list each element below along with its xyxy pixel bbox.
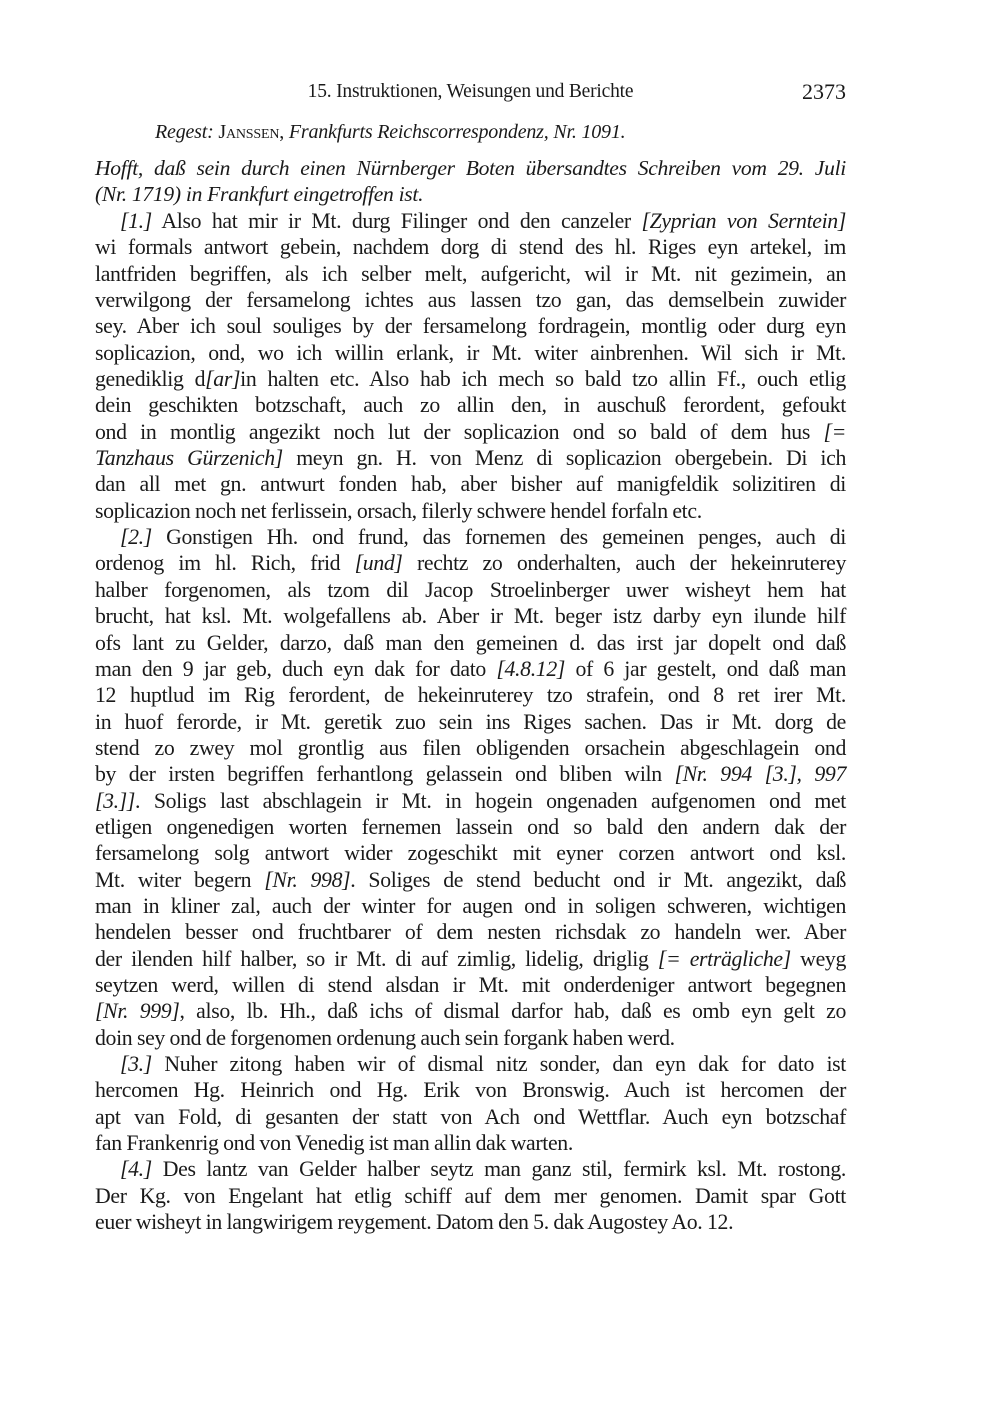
text-run: , also, lb. Hh., daß ichs of dismal darf… xyxy=(180,999,847,1023)
editorial-annotation: [4.] xyxy=(120,1157,152,1181)
editorial-annotation: [und] xyxy=(355,551,403,575)
editorial-annotation: [1.] xyxy=(120,209,152,233)
editorial-annotation: [ar] xyxy=(205,367,240,391)
editorial-annotation: [Nr. 994 [3.], 997 xyxy=(674,762,846,786)
regest-reference: Regest: Janssen, Frankfurts Reichscorres… xyxy=(155,121,625,144)
text-run: etligen ongenedigen worten fernemen lass… xyxy=(95,815,846,839)
text-line: ofs lant zu Gelder, darzo, daß man den g… xyxy=(95,630,846,656)
text-line: stend zo zwey mol grontlig aus filen obl… xyxy=(95,735,846,761)
text-run: dein geschikten botzschaft, auch zo alli… xyxy=(95,393,846,417)
text-line: etligen ongenedigen worten fernemen lass… xyxy=(95,814,846,840)
text-run: hercomen Hg. Heinrich ond Hg. Erik von B… xyxy=(95,1078,846,1102)
text-run: . Soliges de stend beducht ond ir Mt. an… xyxy=(350,868,846,892)
text-line: 12 huptlud im Rig ferordent, de hekeinru… xyxy=(95,682,846,708)
editorial-annotation: [Nr. 998] xyxy=(264,868,350,892)
text-run: fersamelong solg antwort wider zogeschik… xyxy=(95,841,846,865)
text-line: man den 9 jar geb, duch eyn dak for dato… xyxy=(95,656,846,682)
text-run: hendelen besser ond fruchtbarer of dem n… xyxy=(95,920,846,944)
text-line: seytzen werd, willen di stend alsdan ir … xyxy=(95,972,846,998)
text-run: soplicazion, ond, wo ich willin erlank, … xyxy=(95,341,846,365)
text-run: wi formals antwort gebein, nachdem dorg … xyxy=(95,235,846,259)
text-run: sey. Aber ich soul souliges by der fersa… xyxy=(95,314,846,338)
text-line: [3.] Nuher zitong haben wir of dismal ni… xyxy=(95,1051,846,1077)
text-run: Der Kg. von Engelant hat etlig schiff au… xyxy=(95,1184,846,1208)
editorial-annotation: [Nr. 999] xyxy=(95,999,180,1023)
regest-label: Regest: xyxy=(155,121,214,143)
text-run: euer wisheyt in langwirigem reygement. D… xyxy=(95,1210,733,1234)
running-title: 15. Instruktionen, Weisungen und Bericht… xyxy=(95,81,846,103)
editorial-annotation: [3.]] xyxy=(95,789,135,813)
text-line: Der Kg. von Engelant hat etlig schiff au… xyxy=(95,1183,846,1209)
text-run: ordenog im hl. Rich, frid xyxy=(95,551,355,575)
text-run: halber forgenomen, als tzom dil Jacop St… xyxy=(95,578,846,602)
text-run: brucht, hat ksl. Mt. wolgefallens ab. Ab… xyxy=(95,604,846,628)
text-line: Mt. witer begern [Nr. 998]. Soliges de s… xyxy=(95,867,846,893)
text-run: doin sey ond de forgenomen ordenung auch… xyxy=(95,1026,675,1050)
text-line: halber forgenomen, als tzom dil Jacop St… xyxy=(95,577,846,603)
text-run: . Soligs last abschlagein ir Mt. in hoge… xyxy=(135,789,846,813)
text-line: lantfriden begriffen, als ich selber mel… xyxy=(95,261,846,287)
text-line: apt van Fold, di gesanten der statt von … xyxy=(95,1104,846,1130)
text-line: wi formals antwort gebein, nachdem dorg … xyxy=(95,234,846,260)
text-run: genediklig d xyxy=(95,367,205,391)
text-line: [Nr. 999], also, lb. Hh., daß ichs of di… xyxy=(95,998,846,1024)
regest-title: Frankfurts Reichscorrespondenz, Nr. 1091… xyxy=(289,121,626,143)
text-run: meyn gn. H. von Menz di soplicazion ober… xyxy=(283,446,846,470)
text-line: verwilgong der fersamelong ichtes aus la… xyxy=(95,287,846,313)
editorial-annotation: [= erträgliche] xyxy=(658,947,791,971)
text-line: fan Frankenrig ond von Venedig ist man a… xyxy=(95,1130,846,1156)
text-run: Gonstigen Hh. ond frund, das fornemen de… xyxy=(152,525,846,549)
text-line: by der irsten begriffen ferhantlong gela… xyxy=(95,761,846,787)
regest-separator: , xyxy=(279,121,284,143)
text-line: genediklig d[ar]in halten etc. Also hab … xyxy=(95,366,846,392)
text-line: der ilenden hilf halber, so ir Mt. di au… xyxy=(95,946,846,972)
text-run: in halten etc. Also hab ich mech so bald… xyxy=(240,367,846,391)
text-line: dein geschikten botzschaft, auch zo alli… xyxy=(95,392,846,418)
text-line: ordenog im hl. Rich, frid [und] rechtz z… xyxy=(95,550,846,576)
text-run: man in kliner zal, auch der winter for a… xyxy=(95,894,846,918)
text-line: [3.]]. Soligs last abschlagein ir Mt. in… xyxy=(95,788,846,814)
regest-author: Janssen xyxy=(218,121,279,143)
text-run: Nuher zitong haben wir of dismal nitz so… xyxy=(152,1052,846,1076)
body-text: [1.] Also hat mir ir Mt. durg Filinger o… xyxy=(95,208,846,1235)
text-run: soplicazion noch net ferlissein, orsach,… xyxy=(95,499,702,523)
paragraph-4: [4.] Des lantz van Gelder halber seytz m… xyxy=(95,1156,846,1235)
text-line: in huof ferorde, ir Mt. geretik zuo sein… xyxy=(95,709,846,735)
editorial-annotation: Tanzhaus Gürzenich] xyxy=(95,446,283,470)
text-line: man in kliner zal, auch der winter for a… xyxy=(95,893,846,919)
text-run: Mt. witer begern xyxy=(95,868,264,892)
summary-line: (Nr. 1719) in Frankfurt eingetroffen ist… xyxy=(95,181,846,207)
paragraph-2: [2.] Gonstigen Hh. ond frund, das fornem… xyxy=(95,524,846,1051)
text-run: man den 9 jar geb, duch eyn dak for dato xyxy=(95,657,496,681)
running-head: 15. Instruktionen, Weisungen und Bericht… xyxy=(95,79,846,107)
text-run: Also hat mir ir Mt. durg Filinger ond de… xyxy=(152,209,642,233)
text-line: hercomen Hg. Heinrich ond Hg. Erik von B… xyxy=(95,1077,846,1103)
editorial-annotation: [= xyxy=(824,420,847,444)
text-line: fersamelong solg antwort wider zogeschik… xyxy=(95,840,846,866)
text-run: der ilenden hilf halber, so ir Mt. di au… xyxy=(95,947,658,971)
editorial-annotation: [4.8.12] xyxy=(496,657,565,681)
text-run: stend zo zwey mol grontlig aus filen obl… xyxy=(95,736,846,760)
text-run: apt van Fold, di gesanten der statt von … xyxy=(95,1105,846,1129)
text-run: ond in montlig angezikt noch lut der sop… xyxy=(95,420,824,444)
editorial-annotation: [2.] xyxy=(120,525,152,549)
text-run: ofs lant zu Gelder, darzo, daß man den g… xyxy=(95,631,846,655)
text-line: hendelen besser ond fruchtbarer of dem n… xyxy=(95,919,846,945)
page-number: 2373 xyxy=(802,79,846,105)
summary-line: Hofft, daß sein durch einen Nürnberger B… xyxy=(95,155,846,181)
text-run: fan Frankenrig ond von Venedig ist man a… xyxy=(95,1131,573,1155)
text-run: seytzen werd, willen di stend alsdan ir … xyxy=(95,973,846,997)
text-line: brucht, hat ksl. Mt. wolgefallens ab. Ab… xyxy=(95,603,846,629)
text-run: dan all met gn. antwurt fonden hab, aber… xyxy=(95,472,846,496)
text-line: ond in montlig angezikt noch lut der sop… xyxy=(95,419,846,445)
editorial-annotation: [Zyprian von Serntein] xyxy=(642,209,846,233)
text-run: verwilgong der fersamelong ichtes aus la… xyxy=(95,288,846,312)
text-line: [4.] Des lantz van Gelder halber seytz m… xyxy=(95,1156,846,1182)
text-run: in huof ferorde, ir Mt. geretik zuo sein… xyxy=(95,710,846,734)
text-run: lantfriden begriffen, als ich selber mel… xyxy=(95,262,846,286)
text-line: Tanzhaus Gürzenich] meyn gn. H. von Menz… xyxy=(95,445,846,471)
editorial-annotation: [3.] xyxy=(120,1052,152,1076)
document-summary: Hofft, daß sein durch einen Nürnberger B… xyxy=(95,155,846,208)
paragraph-1: [1.] Also hat mir ir Mt. durg Filinger o… xyxy=(95,208,846,524)
text-run: weyg xyxy=(791,947,846,971)
text-line: soplicazion, ond, wo ich willin erlank, … xyxy=(95,340,846,366)
text-run: of 6 jar gestelt, ond daß man xyxy=(565,657,846,681)
text-line: euer wisheyt in langwirigem reygement. D… xyxy=(95,1209,846,1235)
text-run: rechtz zo onderhalten, auch der hekeinru… xyxy=(403,551,846,575)
text-line: doin sey ond de forgenomen ordenung auch… xyxy=(95,1025,846,1051)
text-run: 12 huptlud im Rig ferordent, de hekeinru… xyxy=(95,683,846,707)
text-line: [2.] Gonstigen Hh. ond frund, das fornem… xyxy=(95,524,846,550)
text-line: dan all met gn. antwurt fonden hab, aber… xyxy=(95,471,846,497)
text-run: by der irsten begriffen ferhantlong gela… xyxy=(95,762,674,786)
paragraph-3: [3.] Nuher zitong haben wir of dismal ni… xyxy=(95,1051,846,1156)
text-run: Des lantz van Gelder halber seytz man ga… xyxy=(152,1157,846,1181)
text-line: sey. Aber ich soul souliges by der fersa… xyxy=(95,313,846,339)
text-line: [1.] Also hat mir ir Mt. durg Filinger o… xyxy=(95,208,846,234)
text-line: soplicazion noch net ferlissein, orsach,… xyxy=(95,498,846,524)
